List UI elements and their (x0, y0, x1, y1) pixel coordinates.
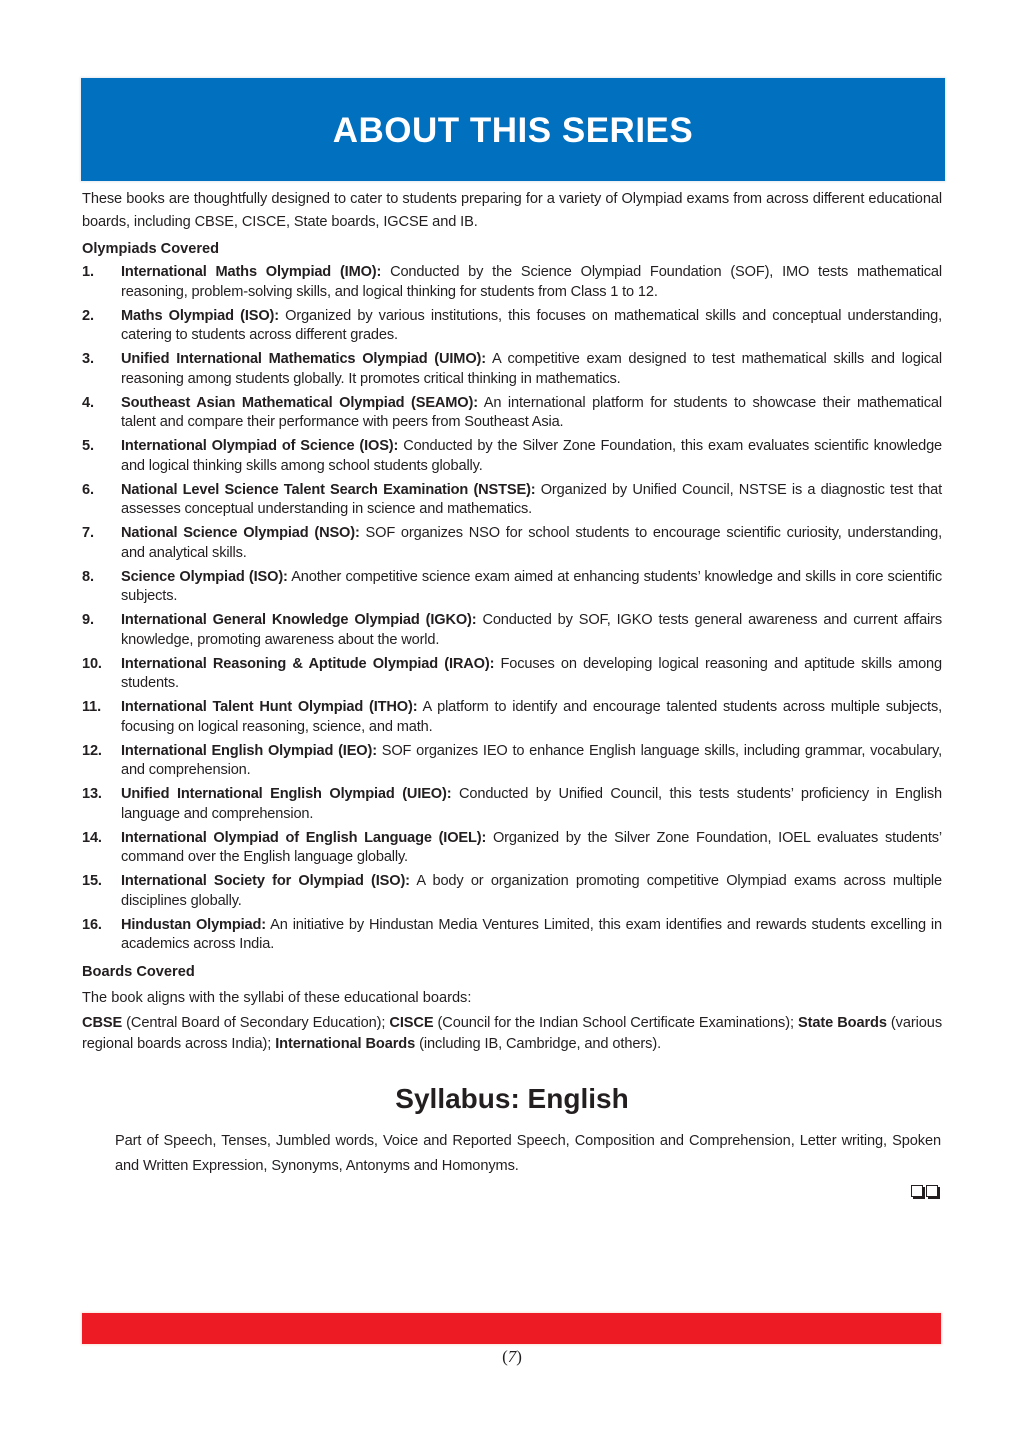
list-item: 14. International Olympiad of English La… (82, 829, 942, 868)
item-number: 11. (82, 698, 101, 718)
list-item: 8.Science Olympiad (ISO): Another compet… (82, 568, 942, 607)
intro-paragraph: These books are thoughtfully designed to… (82, 188, 942, 234)
olympiad-name: Hindustan Olympiad: (121, 917, 266, 933)
item-number: 4. (82, 394, 94, 414)
list-item: 9.International General Knowledge Olympi… (82, 611, 942, 650)
list-item: 6.National Level Science Talent Search E… (82, 481, 942, 520)
item-number: 2. (82, 307, 94, 327)
item-number: 10. (82, 655, 102, 675)
olympiad-name: International Olympiad of English Langua… (121, 830, 486, 846)
item-number: 16. (82, 916, 102, 936)
olympiad-name: Science Olympiad (ISO): (121, 569, 288, 585)
list-item: 12.International English Olympiad (IEO):… (82, 742, 942, 781)
olympiad-name: National Level Science Talent Search Exa… (121, 482, 535, 498)
olympiad-name: International Maths Olympiad (IMO): (121, 264, 381, 280)
list-item: 16.Hindustan Olympiad: An initiative by … (82, 916, 942, 955)
list-item: 13.Unified International English Olympia… (82, 785, 942, 824)
olympiad-name: International General Knowledge Olympiad… (121, 612, 476, 628)
page-number: (7) (0, 1346, 1024, 1368)
list-item: 4.Southeast Asian Mathematical Olympiad … (82, 394, 942, 433)
list-item: 15.International Society for Olympiad (I… (82, 872, 942, 911)
board-abbr: International Boards (275, 1036, 415, 1052)
list-item: 5.International Olympiad of Science (IOS… (82, 437, 942, 476)
main-content: These books are thoughtfully designed to… (82, 188, 942, 1055)
item-number: 1. (82, 263, 94, 283)
board-full-name: (Council for the Indian School Certifica… (434, 1015, 799, 1031)
item-number: 3. (82, 350, 94, 370)
list-item: 7.National Science Olympiad (NSO): SOF o… (82, 524, 942, 563)
item-number: 7. (82, 524, 94, 544)
syllabus-title: Syllabus: English (0, 1079, 1024, 1119)
olympiad-name: International Society for Olympiad (ISO)… (121, 873, 410, 889)
boards-intro: The book aligns with the syllabi of thes… (82, 987, 942, 1010)
boards-heading: Boards Covered (82, 961, 942, 984)
olympiad-name: Unified International English Olympiad (… (121, 786, 451, 802)
footer-bar (82, 1313, 941, 1344)
list-item: 1.International Maths Olympiad (IMO): Co… (82, 263, 942, 302)
page-title: ABOUT THIS SERIES (333, 111, 693, 151)
list-item: 11.International Talent Hunt Olympiad (I… (82, 698, 942, 737)
olympiad-name: Maths Olympiad (ISO): (121, 308, 279, 324)
board-abbr: CBSE (82, 1015, 122, 1031)
list-item: 10.International Reasoning & Aptitude Ol… (82, 655, 942, 694)
olympiad-name: International Olympiad of Science (IOS): (121, 438, 398, 454)
olympiad-name: International Talent Hunt Olympiad (ITHO… (121, 699, 417, 715)
item-number: 5. (82, 437, 94, 457)
list-item: 2.Maths Olympiad (ISO): Organized by var… (82, 307, 942, 346)
syllabus-text: Part of Speech, Tenses, Jumbled words, V… (115, 1129, 941, 1179)
square-icon (926, 1185, 938, 1197)
item-number: 6. (82, 481, 94, 501)
header-band: ABOUT THIS SERIES (81, 78, 945, 181)
page-number-value: 7 (508, 1347, 517, 1366)
double-square-end-icon (911, 1185, 938, 1197)
board-abbr: CISCE (389, 1015, 433, 1031)
olympiads-heading: Olympiads Covered (82, 238, 942, 261)
item-number: 13. (82, 785, 102, 805)
olympiad-list: 1.International Maths Olympiad (IMO): Co… (82, 263, 942, 955)
square-icon (911, 1185, 923, 1197)
item-number: 8. (82, 568, 94, 588)
board-full-name: (Central Board of Secondary Education); (122, 1015, 389, 1031)
item-number: 14. (82, 829, 102, 849)
olympiad-name: International Reasoning & Aptitude Olymp… (121, 656, 494, 672)
board-full-name: (including IB, Cambridge, and others). (415, 1036, 661, 1052)
item-number: 12. (82, 742, 102, 762)
olympiad-name: National Science Olympiad (NSO): (121, 525, 360, 541)
olympiad-name: Unified International Mathematics Olympi… (121, 351, 486, 367)
item-number: 9. (82, 611, 94, 631)
document-page: ABOUT THIS SERIES These books are though… (0, 0, 1024, 1440)
boards-list: CBSE (Central Board of Secondary Educati… (82, 1013, 942, 1055)
olympiad-name: Southeast Asian Mathematical Olympiad (S… (121, 395, 478, 411)
olympiad-name: International English Olympiad (IEO): (121, 743, 377, 759)
list-item: 3.Unified International Mathematics Olym… (82, 350, 942, 389)
item-number: 15. (82, 872, 102, 892)
board-abbr: State Boards (798, 1015, 887, 1031)
